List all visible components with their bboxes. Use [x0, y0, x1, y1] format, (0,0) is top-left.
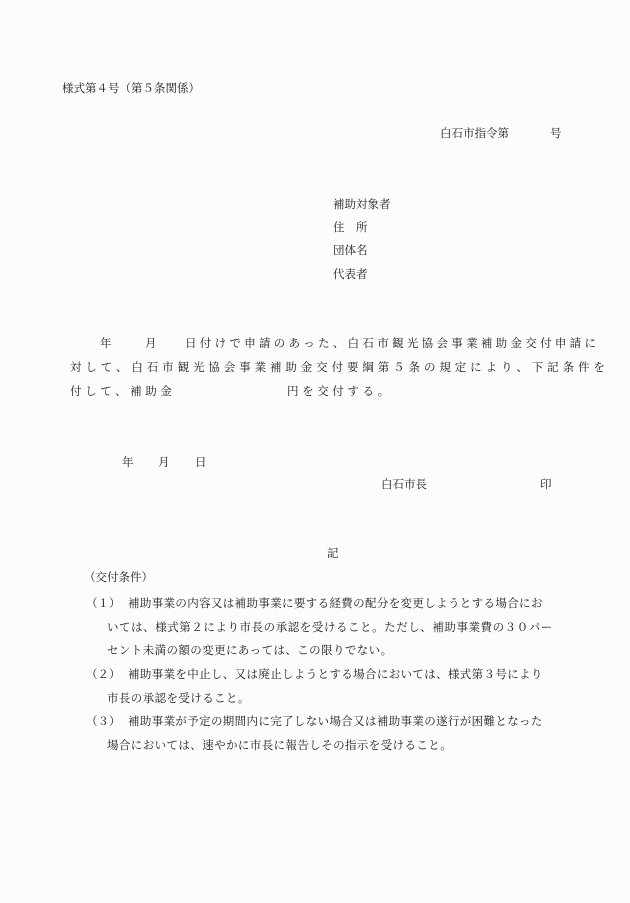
seal-mark: 印: [540, 477, 552, 491]
condition-line: セント未満の額の変更にあっては、この限りでない。: [107, 643, 392, 657]
body-line1: 日付けで申請のあった、白石市観光協会事業補助金交付申請に: [185, 336, 599, 350]
form-label: 様式第４号（第５条関係）: [62, 81, 200, 95]
representative-label: 代表者: [333, 267, 368, 281]
order-number-prefix: 白石市指令第: [440, 126, 509, 140]
condition-line: 補助事業の内容又は補助事業に要する経費の配分を変更しようとする場合にお: [128, 596, 543, 610]
order-number-suffix: 号: [550, 126, 562, 140]
body-month: 月: [145, 336, 157, 350]
recipient-heading: 補助対象者: [333, 197, 391, 211]
condition-number: （２）: [86, 667, 121, 681]
condition-number: （３）: [86, 714, 121, 728]
body-year: 年: [100, 336, 112, 350]
mayor-title: 白石市長: [381, 477, 427, 491]
body-line2: 対して、白石市観光協会事業補助金交付要綱第５条の規定により、下記条件を: [70, 360, 609, 374]
body-line3-suffix: 円を交付する。: [287, 384, 393, 398]
conditions-heading: （交付条件）: [84, 570, 153, 584]
note-heading: 記: [327, 546, 339, 560]
condition-line: 場合においては、速やかに市長に報告しその指示を受けること。: [107, 738, 452, 752]
date-year: 年: [122, 455, 134, 469]
organization-label: 団体名: [333, 243, 368, 257]
condition-line: 市長の承認を受けること。: [107, 691, 250, 705]
condition-line: 補助事業が予定の期間内に完了しない場合又は補助事業の遂行が困難となった: [128, 714, 543, 728]
date-month: 月: [158, 455, 170, 469]
date-day: 日: [195, 455, 207, 469]
condition-number: （１）: [86, 596, 121, 610]
condition-line: 補助事業を中止し、又は廃止しようとする場合においては、様式第３号により: [128, 667, 543, 681]
condition-line: いては、様式第２により市長の承認を受けること。ただし、補助事業費の３０パー: [107, 620, 553, 634]
body-line3-prefix: 付して、補助金: [70, 384, 175, 398]
address-label: 住 所: [333, 220, 368, 234]
